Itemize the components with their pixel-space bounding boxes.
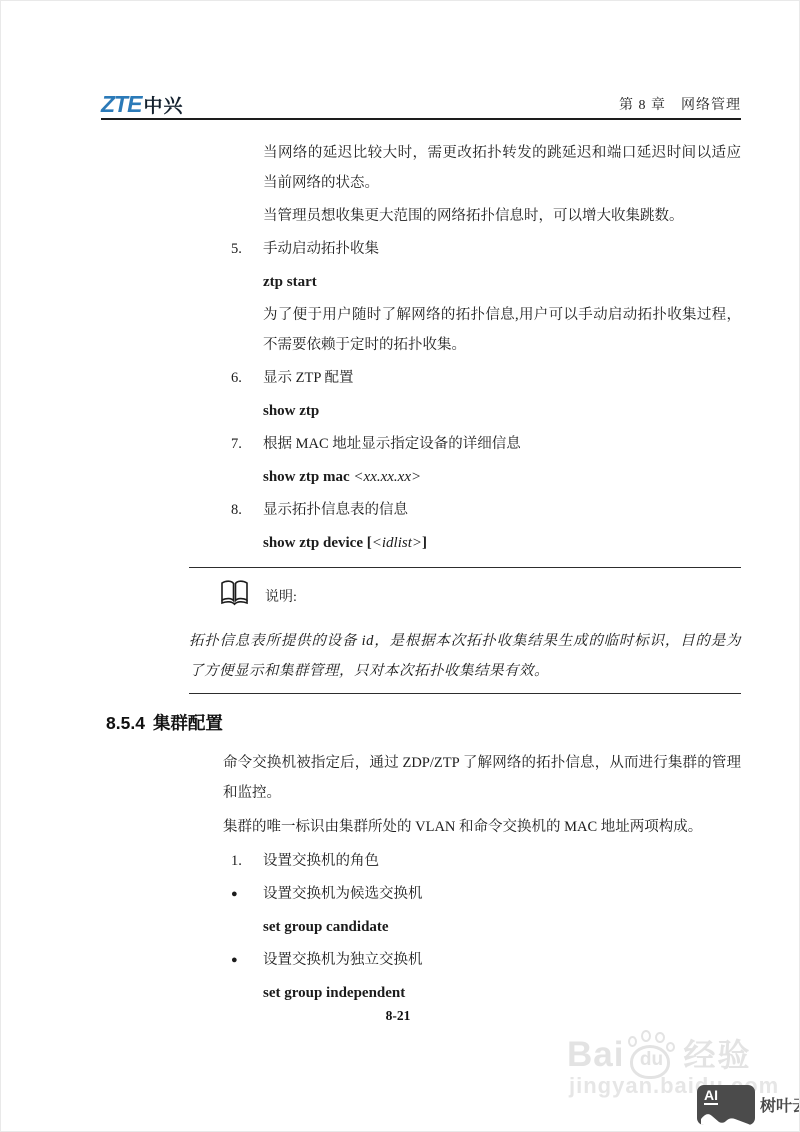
header-rule [101, 118, 741, 120]
command-suffix: ] [422, 535, 427, 551]
page-number: 8-21 [101, 1008, 695, 1024]
command-text: show ztp device [<idlist>] [263, 528, 741, 558]
command-text: show ztp mac <xx.xx.xx> [263, 462, 741, 492]
bullet-icon: ● [231, 945, 263, 975]
step-title: 根据 MAC 地址显示指定设备的详细信息 [263, 429, 521, 459]
open-book-icon [219, 579, 250, 617]
command-text: set group candidate [263, 912, 741, 942]
step-title: 显示拓扑信息表的信息 [263, 495, 408, 525]
step-title: 显示 ZTP 配置 [263, 363, 354, 393]
note-label: 说明: [265, 583, 297, 613]
chapter-label: 第 8 章 网络管理 [619, 94, 741, 114]
bullet-label: 设置交换机为候选交换机 [263, 879, 423, 909]
section-title: 集群配置 [153, 713, 223, 733]
zte-logo: ZTE 中兴 [101, 91, 183, 118]
list-item: ● 设置交换机为候选交换机 [231, 879, 741, 909]
page-header: ZTE 中兴 第 8 章 网络管理 [101, 91, 741, 117]
step-number: 8. [231, 495, 263, 525]
note-box: 说明: 拓扑信息表所提供的设备 id，是根据本次拓扑收集结果生成的临时标识，目的… [189, 567, 741, 694]
step-number: 1. [231, 846, 263, 876]
note-text: 拓扑信息表所提供的设备 id，是根据本次拓扑收集结果生成的临时标识，目的是为了方… [189, 626, 741, 686]
mountain-icon [697, 1103, 755, 1125]
command-text: ztp start [263, 267, 741, 297]
paragraph: 当网络的延迟比较大时，需更改拓扑转发的跳延迟和端口延迟时间以适应当前网络的状态。 [263, 138, 741, 198]
paragraph: 命令交换机被指定后，通过 ZDP/ZTP 了解网络的拓扑信息，从而进行集群的管理… [223, 748, 741, 808]
baidu-watermark-text: Bai [567, 1033, 624, 1077]
document-page: ZTE 中兴 第 8 章 网络管理 当网络的延迟比较大时，需更改拓扑转发的跳延迟… [0, 0, 800, 1132]
command-text: show ztp [263, 396, 741, 426]
command-keyword: show ztp device [ [263, 535, 372, 551]
section-heading: 8.5.4集群配置 [106, 711, 741, 735]
bullet-icon: ● [231, 879, 263, 909]
step-number: 5. [231, 234, 263, 264]
main-content: 当网络的延迟比较大时，需更改拓扑转发的跳延迟和端口延迟时间以适应当前网络的状态。… [101, 138, 741, 1011]
bullet-label: 设置交换机为独立交换机 [263, 945, 423, 975]
paragraph: 为了便于用户随时了解网络的拓扑信息,用户可以手动启动拓扑收集过程，不需要依赖于定… [263, 300, 741, 360]
list-item: 6. 显示 ZTP 配置 [231, 363, 741, 393]
command-variable: <idlist> [372, 535, 422, 551]
baidu-du-text: du [626, 1049, 676, 1071]
step-title: 手动启动拓扑收集 [263, 234, 379, 264]
ai-badge: AI [697, 1085, 755, 1125]
step-number: 6. [231, 363, 263, 393]
command-text: set group independent [263, 978, 741, 1008]
step-number: 7. [231, 429, 263, 459]
note-header: 说明: [219, 579, 741, 617]
list-item: ● 设置交换机为独立交换机 [231, 945, 741, 975]
list-item: 7. 根据 MAC 地址显示指定设备的详细信息 [231, 429, 741, 459]
command-keyword: show ztp mac [263, 469, 353, 485]
brand-label: 树叶云 [760, 1093, 800, 1116]
zhongxing-logo-text: 中兴 [143, 91, 183, 118]
zte-logo-text: ZTE [101, 91, 141, 118]
paragraph: 当管理员想收集更大范围的网络拓扑信息时，可以增大收集跳数。 [263, 201, 741, 231]
list-item: 1. 设置交换机的角色 [231, 846, 741, 876]
section-number: 8.5.4 [106, 713, 145, 733]
paragraph: 集群的唯一标识由集群所处的 VLAN 和命令交换机的 MAC 地址两项构成。 [223, 812, 741, 842]
list-item: 5. 手动启动拓扑收集 [231, 234, 741, 264]
list-item: 8. 显示拓扑信息表的信息 [231, 495, 741, 525]
jingyan-watermark-text: 经验 [683, 1033, 751, 1077]
step-title: 设置交换机的角色 [263, 846, 379, 876]
command-variable: <xx.xx.xx> [353, 469, 421, 485]
